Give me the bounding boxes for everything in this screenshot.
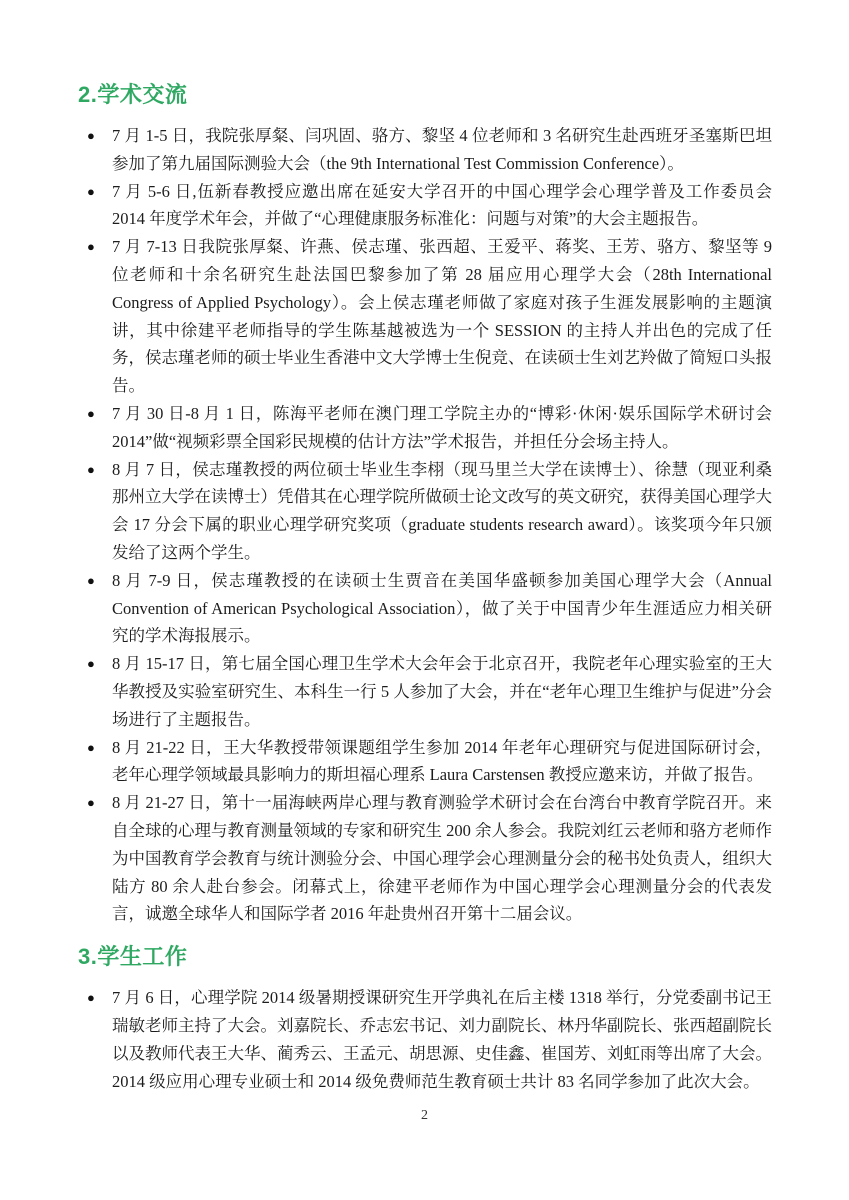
bullet-icon: ● [87,984,95,1012]
section-academic-exchange: 2.学术交流 ● 7 月 1-5 日，我院张厚粲、闫巩固、骆方、黎坚 4 位老师… [78,80,772,928]
document-page: 2.学术交流 ● 7 月 1-5 日，我院张厚粲、闫巩固、骆方、黎坚 4 位老师… [0,0,849,1200]
academic-exchange-list: ● 7 月 1-5 日，我院张厚粲、闫巩固、骆方、黎坚 4 位老师和 3 名研究… [78,122,772,928]
section-title-academic-exchange: 2.学术交流 [78,80,772,110]
list-item: ● 8 月 7 日，侯志瑾教授的两位硕士毕业生李栩（现马里兰大学在读博士）、徐慧… [78,456,772,567]
bullet-icon: ● [87,400,95,428]
list-item: ● 7 月 7-13 日我院张厚粲、许燕、侯志瑾、张西超、王爱平、蒋奖、王芳、骆… [78,233,772,400]
list-item: ● 7 月 6 日，心理学院 2014 级暑期授课研究生开学典礼在后主楼 131… [78,984,772,1095]
bullet-icon: ● [87,178,95,206]
bullet-icon: ● [87,567,95,595]
list-item-text: 7 月 5-6 日,伍新春教授应邀出席在延安大学召开的中国心理学会心理学普及工作… [112,182,772,229]
section-student-work: 3.学生工作 ● 7 月 6 日，心理学院 2014 级暑期授课研究生开学典礼在… [78,942,772,1095]
list-item: ● 7 月 30 日-8 月 1 日，陈海平老师在澳门理工学院主办的“博彩·休闲… [78,400,772,456]
student-work-list: ● 7 月 6 日，心理学院 2014 级暑期授课研究生开学典礼在后主楼 131… [78,984,772,1095]
list-item: ● 7 月 5-6 日,伍新春教授应邀出席在延安大学召开的中国心理学会心理学普及… [78,178,772,234]
bullet-icon: ● [87,650,95,678]
list-item: ● 8 月 21-22 日，王大华教授带领课题组学生参加 2014 年老年心理研… [78,734,772,790]
section-title-student-work: 3.学生工作 [78,942,772,972]
list-item: ● 8 月 21-27 日，第十一届海峡两岸心理与教育测验学术研讨会在台湾台中教… [78,789,772,928]
list-item: ● 8 月 15-17 日，第七届全国心理卫生学术大会年会于北京召开，我院老年心… [78,650,772,733]
bullet-icon: ● [87,233,95,261]
list-item-text: 8 月 7-9 日，侯志瑾教授的在读硕士生贾音在美国华盛顿参加美国心理学大会（A… [112,571,772,646]
page-footer: 2 [0,1106,849,1124]
list-item-text: 7 月 6 日，心理学院 2014 级暑期授课研究生开学典礼在后主楼 1318 … [112,988,772,1090]
list-item-text: 7 月 7-13 日我院张厚粲、许燕、侯志瑾、张西超、王爱平、蒋奖、王芳、骆方、… [112,237,772,395]
list-item: ● 8 月 7-9 日，侯志瑾教授的在读硕士生贾音在美国华盛顿参加美国心理学大会… [78,567,772,650]
bullet-icon: ● [87,734,95,762]
page-number: 2 [421,1108,428,1123]
bullet-icon: ● [87,789,95,817]
list-item-text: 7 月 30 日-8 月 1 日，陈海平老师在澳门理工学院主办的“博彩·休闲·娱… [112,404,772,451]
bullet-icon: ● [87,456,95,484]
list-item-text: 8 月 21-22 日，王大华教授带领课题组学生参加 2014 年老年心理研究与… [112,738,772,785]
list-item-text: 8 月 21-27 日，第十一届海峡两岸心理与教育测验学术研讨会在台湾台中教育学… [112,793,772,923]
list-item: ● 7 月 1-5 日，我院张厚粲、闫巩固、骆方、黎坚 4 位老师和 3 名研究… [78,122,772,178]
list-item-text: 8 月 15-17 日，第七届全国心理卫生学术大会年会于北京召开，我院老年心理实… [112,654,772,729]
list-item-text: 7 月 1-5 日，我院张厚粲、闫巩固、骆方、黎坚 4 位老师和 3 名研究生赴… [112,126,772,173]
list-item-text: 8 月 7 日，侯志瑾教授的两位硕士毕业生李栩（现马里兰大学在读博士）、徐慧（现… [112,460,772,562]
bullet-icon: ● [87,122,95,150]
